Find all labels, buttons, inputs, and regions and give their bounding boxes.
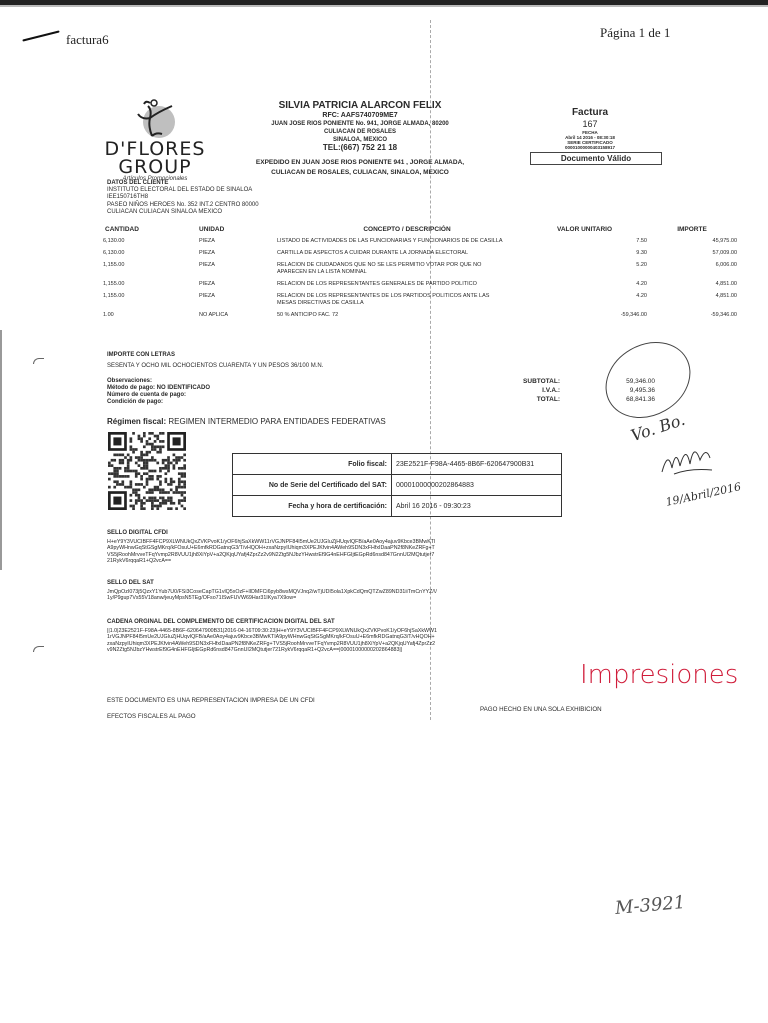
client-address: PASEO NIÑOS HEROES No. 352 INT.2 CENTRO … <box>107 202 259 209</box>
fiscal-row-fecha: Fecha y hora de certificación:Abril 16 2… <box>233 496 562 517</box>
regimen-fiscal: Régimen fiscal: REGIMEN INTERMEDIO PARA … <box>107 417 386 426</box>
concepto-cell: LISTADO DE ACTIVIDADES DE LAS FUNCIONARI… <box>277 238 537 250</box>
table-row: 1,155.00PIEZARELACION DE LOS REPRESENTAN… <box>103 281 737 293</box>
concepto-cell: RELACION DE LOS REPRESENTANTES DE LOS PA… <box>277 293 537 312</box>
folio-label: Folio fiscal: <box>233 454 392 475</box>
amount-words-block: IMPORTE CON LETRAS SESENTA Y OCHO MIL OC… <box>107 350 323 372</box>
valor-unitario-cell: 4.20 <box>537 293 647 312</box>
logo-name-line2: GROUP <box>100 158 210 176</box>
importe-cell: 57,009.00 <box>647 250 737 262</box>
table-row: 1.00NO APLICA50 % ANTICIPO FAC. 72-59,34… <box>103 312 737 324</box>
unidad-cell: PIEZA <box>185 262 277 281</box>
cantidad-cell: 1,155.00 <box>103 293 185 312</box>
importe-cell: 4,851.00 <box>647 293 737 312</box>
client-block: DATOS DEL CLIENTE INSTITUTO ELECTORAL DE… <box>107 180 259 216</box>
unidad-cell: PIEZA <box>185 293 277 312</box>
scan-edge-left <box>0 330 2 570</box>
concepto-cell: RELACION DE LOS REPRESENTANTES GENERALES… <box>277 281 537 293</box>
unidad-cell: NO APLICA <box>185 312 277 324</box>
table-row: 6,130.00PIEZALISTADO DE ACTIVIDADES DE L… <box>103 238 737 250</box>
footer-line2: EFECTOS FISCALES AL PAGO <box>107 709 315 725</box>
concepto-cell: RELACION DE CIUDADANOS QUE NO SE LES PER… <box>277 262 537 281</box>
client-heading: DATOS DEL CLIENTE <box>107 180 259 187</box>
items-table: CANTIDAD UNIDAD CONCEPTO / DESCRIPCIÓN V… <box>103 226 737 324</box>
issuer-address2: CULIACAN DE ROSALES <box>240 128 480 136</box>
cadena-block: CADENA ORGINAL DEL COMPLEMENTO DE CERTIF… <box>107 619 437 654</box>
payment-block: Observaciones: Método de pago: NO IDENTI… <box>107 378 210 406</box>
valor-unitario-cell: 9.30 <box>537 250 647 262</box>
unidad-cell: PIEZA <box>185 238 277 250</box>
amount-words-value: SESENTA Y OCHO MIL OCHOCIENTOS CUARENTA … <box>107 361 323 372</box>
sello-sat-label: SELLO DEL SAT <box>107 580 437 587</box>
cadena-value: ||1.0|23E2521F-F98A-4465-8B6F-620647900B… <box>107 628 437 654</box>
pen-stroke-mark <box>22 30 59 41</box>
metodo-pago: Método de pago: NO IDENTIFICADO <box>107 385 210 392</box>
cantidad-cell: 1.00 <box>103 312 185 324</box>
dancer-logo-icon <box>132 98 178 140</box>
items-header-row: CANTIDAD UNIDAD CONCEPTO / DESCRIPCIÓN V… <box>103 226 737 238</box>
issuer-name: SILVIA PATRICIA ALARCON FELIX <box>240 100 480 112</box>
sello-sat-value: JmQpOzI073j5QzxY1Yub7U0/FSi3CoseCapTG1vl… <box>107 589 437 602</box>
sello-cfdi-block: SELLO DIGITAL CFDI H+eY9Y3VUCIBFF4FCP9XL… <box>107 530 437 565</box>
table-row: 6,130.00PIEZACARTILLA DE ASPECTOS A CUID… <box>103 250 737 262</box>
expedido-line2: CULIACAN DE ROSALES, CULIACAN, SINALOA, … <box>240 168 480 178</box>
fiscal-table: Folio fiscal:23E2521F-F98A-4465-8B6F-620… <box>232 453 562 517</box>
serie-sat-value: 00001000000202864883 <box>392 475 562 496</box>
table-row: 1,155.00PIEZARELACION DE LOS REPRESENTAN… <box>103 293 737 312</box>
importe-cell: 6,006.00 <box>647 262 737 281</box>
category-handwriting: Impresiones <box>580 660 738 690</box>
table-row: 1,155.00PIEZARELACION DE CIUDADANOS QUE … <box>103 262 737 281</box>
sello-cfdi-label: SELLO DIGITAL CFDI <box>107 530 437 537</box>
valor-unitario-cell: 7.50 <box>537 238 647 250</box>
cantidad-cell: 6,130.00 <box>103 250 185 262</box>
expedido-block: EXPEDIDO EN JUAN JOSE RIOS PONIENTE 941 … <box>240 158 480 178</box>
client-city: CULIACAN CULIACAN SINALOA MEXICO <box>107 209 259 216</box>
unidad-cell: PIEZA <box>185 250 277 262</box>
cuenta-pago: Número de cuenta de pago: <box>107 392 210 399</box>
issuer-address1: JUAN JOSE RIOS PONIENTE No. 941, JORGE A… <box>240 120 480 128</box>
valor-unitario-cell: 5.20 <box>537 262 647 281</box>
client-rfc: IEE150716TH8 <box>107 194 259 201</box>
valor-unitario-cell: 4.20 <box>537 281 647 293</box>
cert-date-label: Fecha y hora de certificación: <box>233 496 392 517</box>
scan-mark <box>33 358 44 364</box>
cadena-label: CADENA ORGINAL DEL COMPLEMENTO DE CERTIF… <box>107 619 437 626</box>
issuer-block: SILVIA PATRICIA ALARCON FELIX RFC: AAFS7… <box>240 100 480 152</box>
scan-mark <box>33 646 44 652</box>
total-label: TOTAL: <box>510 395 560 404</box>
col-valor: VALOR UNITARIO <box>537 226 647 238</box>
regimen-label: Régimen fiscal: <box>107 417 166 426</box>
issuer-rfc: RFC: AAFS740709ME7 <box>240 112 480 120</box>
serie-sat-label: No de Serie del Certificado del SAT: <box>233 475 392 496</box>
importe-cell: -59,346.00 <box>647 312 737 324</box>
client-name: INSTITUTO ELECTORAL DEL ESTADO DE SINALO… <box>107 187 259 194</box>
fiscal-row-serie: No de Serie del Certificado del SAT:0000… <box>233 475 562 496</box>
date-handwriting: 19/Abril/2016 <box>664 480 742 509</box>
importe-cell: 45,975.00 <box>647 238 737 250</box>
reference-handwriting: M-3921 <box>614 892 686 919</box>
regimen-value: REGIMEN INTERMEDIO PARA ENTIDADES FEDERA… <box>168 417 385 426</box>
amount-words-label: IMPORTE CON LETRAS <box>107 350 323 361</box>
sello-sat-block: SELLO DEL SAT JmQpOzI073j5QzxY1Yub7U0/FS… <box>107 580 437 602</box>
col-cantidad: CANTIDAD <box>103 226 185 238</box>
invoice-number: 167 <box>530 119 650 130</box>
concepto-cell: 50 % ANTICIPO FAC. 72 <box>277 312 537 324</box>
footer-line1: ESTE DOCUMENTO ES UNA REPRESENTACION IMP… <box>107 693 315 709</box>
subtotal-label: SUBTOTAL: <box>510 377 560 386</box>
fiscal-row-folio: Folio fiscal:23E2521F-F98A-4465-8B6F-620… <box>233 454 562 475</box>
invoice-type: Factura <box>530 107 650 119</box>
qr-code-icon <box>108 432 186 510</box>
iva-label: I.V.A.: <box>510 386 560 395</box>
folio-value: 23E2521F-F98A-4465-8B6F-620647900B31 <box>392 454 562 475</box>
col-unidad: UNIDAD <box>185 226 277 238</box>
condicion-pago: Condición de pago: <box>107 399 210 406</box>
observaciones: Observaciones: <box>107 378 210 385</box>
cantidad-cell: 1,155.00 <box>103 262 185 281</box>
unidad-cell: PIEZA <box>185 281 277 293</box>
concepto-cell: CARTILLA DE ASPECTOS A CUIDAR DURANTE LA… <box>277 250 537 262</box>
cantidad-cell: 6,130.00 <box>103 238 185 250</box>
col-concepto: CONCEPTO / DESCRIPCIÓN <box>277 226 537 238</box>
cert-date-value: Abril 16 2016 - 09:30:23 <box>392 496 562 517</box>
col-importe: IMPORTE <box>647 226 737 238</box>
sello-cfdi-value: H+eY9Y3VUCIBFF4FCP9XLWNUkQxZVKPvoK1/yOF6… <box>107 539 437 565</box>
scan-edge-shadow <box>0 5 768 7</box>
expedido-line1: EXPEDIDO EN JUAN JOSE RIOS PONIENTE 941 … <box>240 158 480 168</box>
invoice-header: Factura 167 FECHA Abril 14 2016 - 08:30:… <box>530 107 650 150</box>
company-logo: D'FLORES GROUP Artículos Promocionales <box>100 98 210 186</box>
status-badge: Documento Válido <box>530 152 662 165</box>
page-number: Página 1 de 1 <box>600 25 670 41</box>
cantidad-cell: 1,155.00 <box>103 281 185 293</box>
valor-unitario-cell: -59,346.00 <box>537 312 647 324</box>
signature-scribble <box>660 440 720 480</box>
importe-cell: 4,851.00 <box>647 281 737 293</box>
pago-note: PAGO HECHO EN UNA SOLA EXHIBICION <box>480 706 602 713</box>
file-name: factura6 <box>66 32 109 48</box>
footer-block: ESTE DOCUMENTO ES UNA REPRESENTACION IMP… <box>107 693 315 725</box>
invoice-serie: 00001000000403158917 <box>530 145 650 150</box>
issuer-phone: TEL:(667) 752 21 18 <box>240 144 480 152</box>
